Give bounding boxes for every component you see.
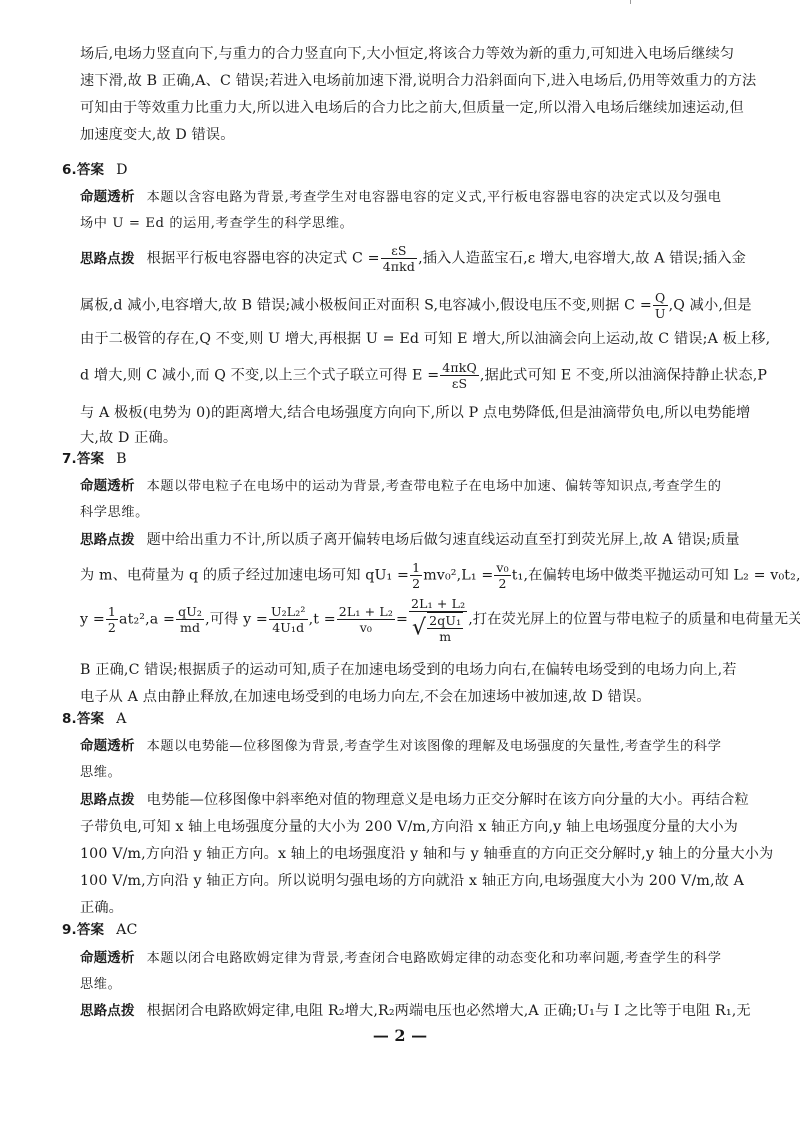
- answer-label: 答案: [77, 922, 104, 938]
- question-9-answer: 9.答案AC: [62, 920, 702, 940]
- fraction-field: 4πkQεS: [440, 360, 479, 391]
- q8-hint-line: 正确。: [80, 898, 720, 918]
- numerator: Q: [653, 290, 668, 306]
- q6-analysis-line: 场中 U = Ed 的运用,考查学生的科学思维。: [80, 214, 720, 234]
- numerator: v₀: [494, 560, 510, 576]
- numerator: 4πkQ: [440, 360, 479, 376]
- q9-analysis-line: 命题透析本题以闭合电路欧姆定律为背景,考查闭合电路欧姆定律的动态变化和功率问题,…: [80, 948, 720, 969]
- fraction-capacitance: εS4πkd: [381, 243, 417, 274]
- answer-label: 答案: [77, 162, 104, 178]
- text-line: 可知由于等效重力比重力大,所以进入电场后的合力比之前大,但质量一定,所以滑入电场…: [80, 98, 720, 118]
- question-number: 7.: [62, 451, 77, 467]
- denominator: 2: [106, 620, 118, 635]
- q7-analysis-line: 科学思维。: [80, 503, 720, 523]
- hint-label: 思路点拨: [80, 792, 135, 808]
- q9-hint-line: 思路点拨根据闭合电路欧姆定律,电阻 R₂增大,R₂两端电压也必然增大,A 正确;…: [80, 1001, 720, 1021]
- q7-hint-line: 为 m、电荷量为 q 的质子经过加速电场可知 qU₁ =12mv₀²,L₁ =v…: [80, 560, 720, 591]
- text-line: 场后,电场力竖直向下,与重力的合力竖直向下,大小恒定,将该合力等效为新的重力,可…: [80, 44, 720, 64]
- denominator: U: [653, 306, 668, 321]
- hint-text: ,t =: [309, 612, 336, 628]
- hint-text: 为 m、电荷量为 q 的质子经过加速电场可知 qU₁ =: [80, 568, 409, 584]
- denominator: 2: [410, 576, 422, 591]
- q7-analysis-line: 命题透析本题以带电粒子在电场中的运动为背景,考查带电粒子在电场中加速、偏转等知识…: [80, 476, 720, 497]
- q7-hint-line: 电子从 A 点由静止释放,在加速电场受到的电场力向左,不会在加速场中被加速,故 …: [80, 687, 720, 707]
- hint-text: ,可得 y =: [205, 612, 268, 628]
- fraction-half: 12: [106, 604, 118, 635]
- q8-hint-line: 思路点拨电势能—位移图像中斜率绝对值的物理意义是电场力正交分解时在该方向分量的大…: [80, 790, 720, 810]
- hint-text: d 增大,则 C 减小,而 Q 不变,以上三个式子联立可得 E =: [80, 368, 439, 384]
- answer-value: B: [116, 451, 127, 467]
- analysis-label: 命题透析: [80, 478, 135, 494]
- q8-analysis-line: 命题透析本题以电势能—位移图像为背景,考查学生对该图像的理解及电场强度的矢量性,…: [80, 736, 720, 757]
- numerator: qU₂: [176, 604, 204, 620]
- fraction-time: 2L₁ + L₂v₀: [337, 604, 395, 635]
- hint-label: 思路点拨: [80, 532, 135, 548]
- q6-hint-line: d 增大,则 C 减小,而 Q 不变,以上三个式子联立可得 E =4πkQεS,…: [80, 360, 720, 391]
- question-number: 9.: [62, 922, 77, 938]
- question-number: 6.: [62, 162, 77, 178]
- fraction-q-over-u: QU: [653, 290, 668, 321]
- answer-label: 答案: [77, 711, 104, 727]
- hint-text: mv₀²,L₁ =: [423, 568, 493, 584]
- fraction-half: 12: [410, 560, 422, 591]
- q7-hint-line: B 正确,C 错误;根据质子的运动可知,质子在加速电场受到的电场力向右,在偏转电…: [80, 660, 720, 680]
- numerator: 2L₁ + L₂: [337, 604, 395, 620]
- fraction-acceleration: qU₂md: [176, 604, 204, 635]
- analysis-text: 本题以闭合电路欧姆定律为背景,考查闭合电路欧姆定律的动态变化和功率问题,考查学生…: [147, 951, 722, 966]
- q7-hint-line: 思路点拨题中给出重力不计,所以质子离开偏转电场后做匀速直线运动直至打到荧光屏上,…: [80, 530, 720, 550]
- hint-text: at₂²,a =: [119, 612, 175, 628]
- q6-hint-line: 大,故 D 正确。: [80, 428, 720, 448]
- fraction-deflection: U₂L₂²4U₁d: [269, 604, 308, 635]
- question-8-answer: 8.答案A: [62, 709, 702, 729]
- numerator: 2L₁ + L₂: [409, 596, 467, 612]
- analysis-label: 命题透析: [80, 738, 135, 754]
- q6-analysis-line: 命题透析本题以含容电路为背景,考查学生对电容器电容的定义式,平行板电容器电容的决…: [80, 187, 720, 208]
- hint-text: y =: [80, 612, 105, 628]
- denominator: v₀: [337, 620, 395, 635]
- answer-value: D: [116, 162, 128, 178]
- q6-hint-line: 与 A 极板(电势为 0)的距离增大,结合电场强度方向向下,所以 P 点电势降低…: [80, 403, 720, 423]
- hint-text: ,Q 减小,但是: [669, 298, 752, 314]
- analysis-text: 本题以电势能—位移图像为背景,考查学生对该图像的理解及电场强度的矢量性,考查学生…: [147, 739, 722, 754]
- q6-hint-line: 由于二极管的存在,Q 不变,则 U 增大,再根据 U = Ed 可知 E 增大,…: [80, 329, 720, 349]
- analysis-text: 本题以带电粒子在电场中的运动为背景,考查带电粒子在电场中加速、偏转等知识点,考查…: [147, 479, 722, 494]
- hint-text: ,插入人造蓝宝石,ε 增大,电容增大,故 A 错误;插入金: [418, 251, 746, 267]
- numerator: U₂L₂²: [269, 604, 308, 620]
- denominator-sqrt: √2qU₁m: [409, 612, 467, 644]
- fraction-time-sqrt: 2L₁ + L₂√2qU₁m: [409, 596, 467, 644]
- question-6-answer: 6.答案D: [62, 160, 702, 180]
- hint-text: =: [396, 612, 408, 628]
- hint-text: 电势能—位移图像中斜率绝对值的物理意义是电场力正交分解时在该方向分量的大小。再结…: [147, 792, 749, 808]
- numerator: 1: [410, 560, 422, 576]
- hint-text: 属板,d 减小,电容增大,故 B 错误;减小极板间正对面积 S,电容减小,假设电…: [80, 298, 652, 314]
- q6-hint-line: 属板,d 减小,电容增大,故 B 错误;减小极板间正对面积 S,电容减小,假设电…: [80, 290, 720, 321]
- answer-value: AC: [116, 922, 137, 938]
- q9-analysis-line: 思维。: [80, 975, 720, 995]
- question-7-answer: 7.答案B: [62, 449, 702, 469]
- question-number: 8.: [62, 711, 77, 727]
- document-page: 场后,电场力竖直向下,与重力的合力竖直向下,大小恒定,将该合力等效为新的重力,可…: [0, 0, 800, 1136]
- denominator: 2: [494, 576, 510, 591]
- answer-value: A: [116, 711, 126, 727]
- q8-analysis-line: 思维。: [80, 763, 720, 783]
- denominator: εS: [440, 376, 479, 391]
- denominator: 4U₁d: [269, 620, 308, 635]
- page-number: — 2 —: [0, 1026, 800, 1045]
- numerator: 1: [106, 604, 118, 620]
- text-line: 速下滑,故 B 正确,A、C 错误;若进入电场前加速下滑,说明合力沿斜面向下,进…: [80, 71, 720, 91]
- hint-text: t₁,在偏转电场中做类平抛运动可知 L₂ = v₀t₂,: [512, 568, 800, 584]
- q8-hint-line: 100 V/m,方向沿 y 轴正方向。x 轴上的电场强度沿 y 轴和与 y 轴垂…: [80, 844, 720, 864]
- sqrt-icon: √: [412, 616, 426, 641]
- hint-label: 思路点拨: [80, 1003, 135, 1019]
- hint-text: ,打在荧光屏上的位置与带电粒子的质量和电荷量无关,: [468, 612, 800, 628]
- analysis-label: 命题透析: [80, 189, 135, 205]
- denominator: md: [176, 620, 204, 635]
- text-line: 加速度变大,故 D 错误。: [80, 125, 720, 145]
- denominator: 4πkd: [381, 259, 417, 274]
- hint-text: ,据此式可知 E 不变,所以油滴保持静止状态,P: [480, 368, 767, 384]
- q8-hint-line: 子带负电,可知 x 轴上电场强度分量的大小为 200 V/m,方向沿 x 轴正方…: [80, 817, 720, 837]
- hint-text: 根据闭合电路欧姆定律,电阻 R₂增大,R₂两端电压也必然增大,A 正确;U₁与 …: [147, 1003, 751, 1019]
- hint-label: 思路点拨: [80, 251, 135, 267]
- hint-text: 根据平行板电容器电容的决定式 C =: [147, 251, 380, 267]
- sqrt-radicand: 2qU₁m: [427, 612, 463, 644]
- q8-hint-line: 100 V/m,方向沿 y 轴正方向。所以说明匀强电场的方向就沿 x 轴正方向,…: [80, 871, 720, 891]
- answer-label: 答案: [77, 451, 104, 467]
- denominator: m: [427, 629, 463, 644]
- analysis-text: 本题以含容电路为背景,考查学生对电容器电容的定义式,平行板电容器电容的决定式以及…: [147, 190, 722, 205]
- q6-hint-line: 思路点拨根据平行板电容器电容的决定式 C =εS4πkd,插入人造蓝宝石,ε 增…: [80, 243, 720, 274]
- numerator: 2qU₁: [427, 613, 463, 629]
- analysis-label: 命题透析: [80, 950, 135, 966]
- scan-mark: [630, 0, 631, 4]
- numerator: εS: [381, 243, 417, 259]
- hint-text: 题中给出重力不计,所以质子离开偏转电场后做匀速直线运动直至打到荧光屏上,故 A …: [147, 532, 740, 548]
- fraction-v0-half: v₀2: [494, 560, 510, 591]
- q7-hint-line: y =12at₂²,a =qU₂md,可得 y =U₂L₂²4U₁d,t =2L…: [80, 604, 720, 644]
